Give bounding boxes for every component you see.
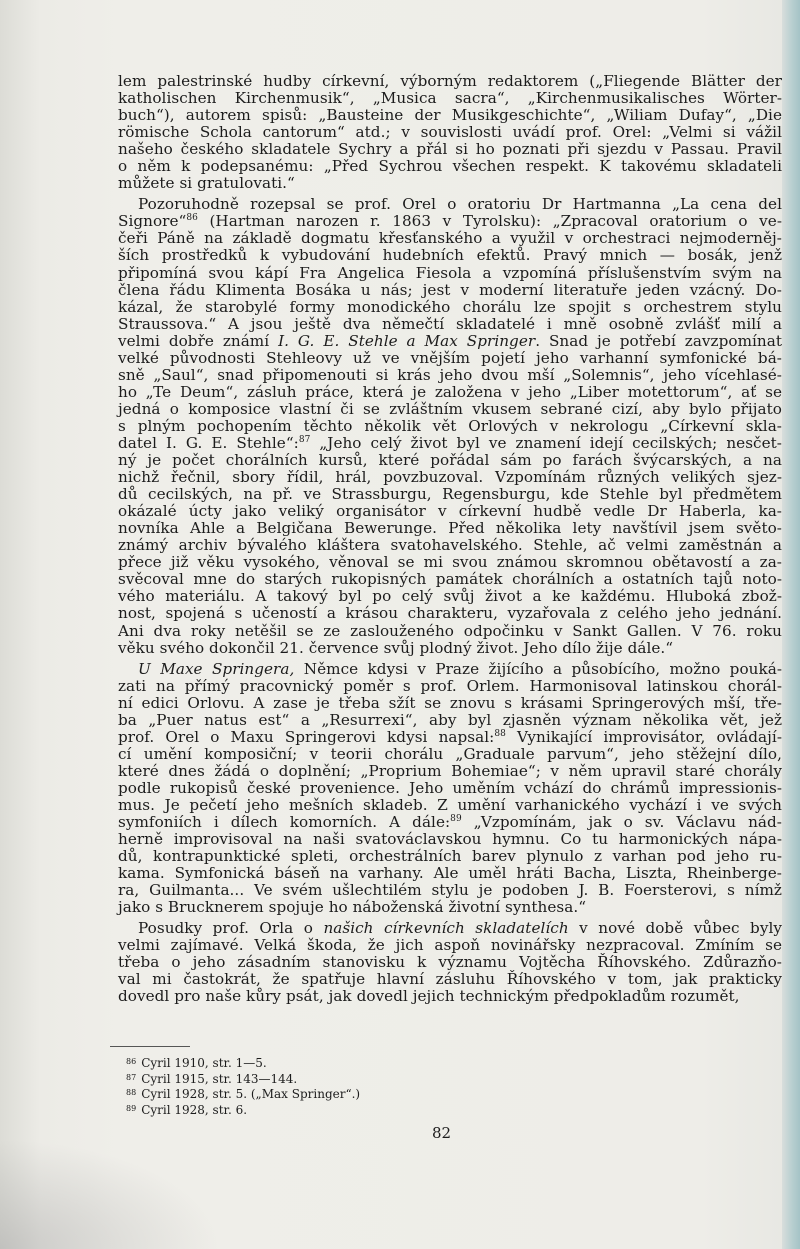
text-line: ho „Te Deum“, zásluh práce, která je zal…: [118, 384, 782, 401]
text-line: prof. Orel o Maxu Springerovi kdysi naps…: [118, 729, 782, 746]
text-line: römische Schola cantorum“ atd.; v souvis…: [118, 124, 782, 141]
text-line: velmi zajímavé. Velká škoda, že jich asp…: [118, 937, 782, 954]
footnote: 86Cyril 1910, str. 1—5.: [126, 1055, 360, 1071]
text-line: Straussova.“ A jsou ještě dva němečtí sk…: [118, 316, 782, 333]
text-line: které dnes žádá o doplnění; „Proprium Bo…: [118, 763, 782, 780]
text-line: ra, Guilmanta... Ve svém ušlechtilém sty…: [118, 882, 782, 899]
text-line: o něm k podepsanému: „Před Sychrou všech…: [118, 158, 782, 175]
footnote-text: Cyril 1928, str. 6.: [141, 1103, 247, 1117]
italic-span: U Maxe Springera,: [138, 660, 294, 678]
text-line: kázal, že starobylé formy monodického ch…: [118, 299, 782, 316]
text-line: velké původnosti Stehleovy už ve vnějším…: [118, 350, 782, 367]
text-line: nichž řečnil, sbory řídil, hrál, povzbuz…: [118, 469, 782, 486]
italic-span: našich církevních skladatelích: [323, 919, 568, 937]
paragraph: Pozoruhodně rozepsal se prof. Orel o ora…: [118, 196, 782, 656]
footnote-number: 87: [126, 1073, 136, 1082]
footnote-text: Cyril 1928, str. 5. („Max Springer“.): [141, 1087, 360, 1101]
footnote-ref: 88: [494, 729, 506, 739]
text-line: Signore“86 (Hartman narozen r. 1863 v Ty…: [118, 213, 782, 230]
text-line: vého materiálu. A takový byl po celý svů…: [118, 588, 782, 605]
text-line: můžete si gratulovati.“: [118, 175, 782, 192]
text-line: ný je počet chorálních kursů, které pořá…: [118, 452, 782, 469]
text-line: datel I. G. E. Stehle“:87 „Jeho celý živ…: [118, 435, 782, 452]
text-line: U Maxe Springera, Němce kdysi v Praze ži…: [118, 661, 782, 678]
text-line: třeba o jeho zásadním stanovisku k význa…: [118, 954, 782, 971]
text-line: známý archiv bývalého kláštera svatohave…: [118, 537, 782, 554]
text-line: dů, kontrapunktické spleti, orchestrální…: [118, 848, 782, 865]
footnote-text: Cyril 1910, str. 1—5.: [141, 1056, 266, 1070]
text-line: Pozoruhodně rozepsal se prof. Orel o ora…: [118, 196, 782, 213]
text-line: cí umění komposiční; v teorii chorálu „G…: [118, 746, 782, 763]
footnote-text: Cyril 1915, str. 143—144.: [141, 1072, 297, 1086]
text-line: novníka Ahle a Belgičana Bewerunge. Před…: [118, 520, 782, 537]
text-line: podle rukopisů české provenience. Jeho u…: [118, 780, 782, 797]
text-line: velmi dobře známí I. G. E. Stehle a Max …: [118, 333, 782, 350]
text-line: mus. Je pečetí jeho mešních skladeb. Z u…: [118, 797, 782, 814]
text-line: val mi častokrát, že spatřuje hlavní zás…: [118, 971, 782, 988]
text-line: nost, spojená s učeností a krásou charak…: [118, 605, 782, 622]
footnote-number: 89: [126, 1104, 136, 1113]
text-line: přece již věku vysokého, věnoval se mi s…: [118, 554, 782, 571]
text-line: Ani dva roky netěšil se ze zaslouženého …: [118, 623, 782, 640]
text-line: ba „Puer natus est“ a „Resurrexi“, aby b…: [118, 712, 782, 729]
text-line: sně „Saul“, snad připomenouti si krás je…: [118, 367, 782, 384]
paragraph: lem palestrinské hudby církevní, výborný…: [118, 73, 782, 192]
text-line: jako s Brucknerem spojuje ho náboženská …: [118, 899, 782, 916]
text-line: Posudky prof. Orla o našich církevních s…: [118, 920, 782, 937]
text-line: čeři Páně na základě dogmatu křesťanskéh…: [118, 230, 782, 247]
text-line: herně improvisoval na naši svatováclavsk…: [118, 831, 782, 848]
paragraph: U Maxe Springera, Němce kdysi v Praze ži…: [118, 661, 782, 917]
text-line: zati na přímý pracovnický poměr s prof. …: [118, 678, 782, 695]
text-line: okázalé úcty jako veliký organisátor v c…: [118, 503, 782, 520]
footnote-number: 86: [126, 1057, 136, 1066]
text-line: člena řádu Klimenta Bosáka u nás; jest v…: [118, 282, 782, 299]
footnote-ref: 89: [450, 814, 462, 824]
page-shadow: [0, 1139, 220, 1249]
text-line: věku svého dokončil 21. července svůj pl…: [118, 640, 782, 657]
text-line: symfoniích i dílech komorních. A dále:89…: [118, 814, 782, 831]
footnotes: 86Cyril 1910, str. 1—5.87Cyril 1915, str…: [126, 1055, 360, 1117]
text-line: dů cecilských, na př. ve Strassburgu, Re…: [118, 486, 782, 503]
text-line: ších prostředků k vybudování hudebních e…: [118, 247, 782, 264]
italic-span: I. G. E. Stehle a Max Springer: [278, 332, 535, 350]
footnote: 88Cyril 1928, str. 5. („Max Springer“.): [126, 1086, 360, 1102]
footnote-ref: 86: [186, 213, 198, 223]
text-line: jedná o komposice vlastní či se zvláštní…: [118, 401, 782, 418]
footnote: 89Cyril 1928, str. 6.: [126, 1102, 360, 1118]
text-line: připomíná svou kápí Fra Angelica Fiesola…: [118, 265, 782, 282]
text-line: svěcoval mne do starých rukopisných pamá…: [118, 571, 782, 588]
footnote-rule: [110, 1046, 190, 1047]
page-number: 82: [432, 1124, 451, 1142]
paragraph: Posudky prof. Orla o našich církevních s…: [118, 920, 782, 1005]
text-line: našeho českého skladatele Sychry a přál …: [118, 141, 782, 158]
body-text: lem palestrinské hudby církevní, výborný…: [118, 73, 782, 1006]
text-line: dovedl pro naše kůry psát, jak dovedl je…: [118, 988, 782, 1005]
footnote: 87Cyril 1915, str. 143—144.: [126, 1071, 360, 1087]
text-line: ní edici Orlovu. A zase je třeba sžít se…: [118, 695, 782, 712]
text-line: buch“), autorem spisů: „Bausteine der Mu…: [118, 107, 782, 124]
text-line: kama. Symfonická báseň na varhany. Ale u…: [118, 865, 782, 882]
scanned-page: lem palestrinské hudby církevní, výborný…: [0, 0, 782, 1249]
text-line: katholischen Kirchenmusik“, „Musica sacr…: [118, 90, 782, 107]
footnote-number: 88: [126, 1088, 136, 1097]
text-line: lem palestrinské hudby církevní, výborný…: [118, 73, 782, 90]
text-line: s plným pochopením těchto několik vět Or…: [118, 418, 782, 435]
footnote-ref: 87: [299, 435, 311, 445]
page-edge: [782, 0, 800, 1249]
